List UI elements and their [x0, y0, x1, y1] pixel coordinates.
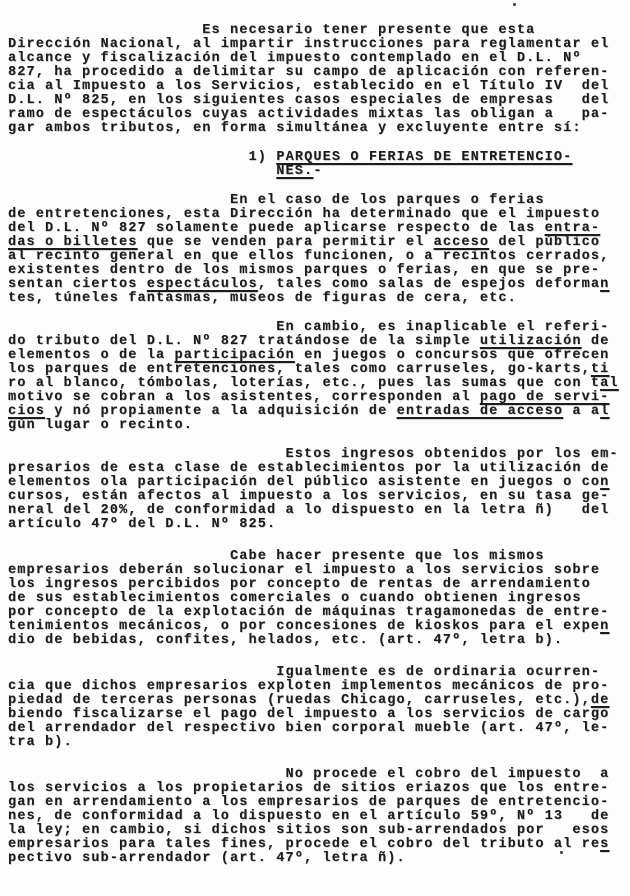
text-segment: ramo de espectáculos cuyas actividades m… — [8, 107, 609, 122]
text-line: tes, túneles fantasmas, museos de figura… — [8, 292, 630, 306]
text-line: tenimientos mecánicos, o por concesiones… — [8, 620, 630, 634]
text-line: ramo de espectáculos cuyas actividades m… — [8, 108, 630, 122]
underlined-text: entra- — [545, 221, 601, 236]
underlined-text: ti — [591, 362, 610, 377]
text-segment: gan en arrendamiento a los empresarios d… — [8, 795, 609, 810]
underlined-text: n — [600, 277, 609, 292]
text-segment: tenimientos mecánicos, o por concesiones… — [8, 619, 600, 634]
text-line: NES.- — [8, 165, 630, 179]
text-segment: empresarios deberán solucionar el impues… — [8, 563, 600, 578]
text-line: cios y nó propiamente a la adquisición d… — [8, 405, 630, 419]
text-segment: , tales como salas de espejos deforma — [258, 277, 600, 292]
text-segment: artículo 47º del D.L. Nº 825. — [8, 517, 276, 532]
text-segment: de entretenciones, esta Dirección ha det… — [8, 207, 600, 222]
text-segment: que se venden para permitir el — [138, 235, 434, 250]
text-segment: No procede el cobro del impuesto a — [286, 767, 610, 782]
text-line: 827, ha procedido a delimitar su campo d… — [8, 66, 630, 80]
text-segment: pectivo sub-arrendador (art. 47º, letra … — [8, 851, 406, 866]
text-line: cursos, están afectos al impuesto a los … — [8, 490, 630, 504]
text-segment: En cambio, es inaplicable el referi- — [276, 320, 609, 335]
text-line: existentes dentro de los mismos parques … — [8, 264, 630, 278]
text-line: elementos ola participación del público … — [8, 476, 630, 490]
text-segment: por concepto de la explotación de máquin… — [8, 605, 609, 620]
text-line: los ingresos percibidos por concepto de … — [8, 578, 630, 592]
text-segment: existentes dentro de los mismos parques … — [8, 263, 600, 278]
text-line: Dirección Nacional, al impartir instrucc… — [8, 38, 630, 52]
text-line: empresarios deberán solucionar el impues… — [8, 564, 630, 578]
text-line: piedad de terceras personas (ruedas Chic… — [8, 694, 630, 708]
text-segment: elementos ola participación del público … — [8, 475, 600, 490]
text-line: biendo fiscalizarse el pago del impuesto… — [8, 708, 630, 722]
underlined-text: entradas de acceso — [397, 404, 564, 419]
text-line: motivo se cobran a los asistentes, corre… — [8, 391, 630, 405]
underlined-text: n — [600, 475, 609, 490]
text-segment: los ingresos percibidos por concepto de … — [8, 577, 591, 592]
document-content: Es necesario tener presente que estaDire… — [8, 24, 630, 866]
text-line: al recinto general en que ellos funcione… — [8, 250, 630, 264]
text-segment: en juegos o concursos que ofrecen — [295, 348, 610, 363]
underlined-text: espectáculos — [147, 277, 258, 292]
section-heading-1: 1) PARQUES O FERIAS DE ENTRETENCIO- NES.… — [8, 151, 630, 179]
text-segment: gar ambos tributos, en forma simultánea … — [8, 121, 582, 136]
text-segment: presarios de esta clase de establecimien… — [8, 461, 609, 476]
text-segment: a a — [563, 404, 600, 419]
text-segment: cursos, están afectos al impuesto a los … — [8, 489, 609, 504]
text-segment: al recinto general en que ellos funcione… — [8, 249, 609, 264]
text-line: tra b). — [8, 736, 630, 750]
text-segment: del D.L. Nº 827 solamente puede aplicars… — [8, 221, 545, 236]
text-line: neral del 20%, de conformidad a lo dispu… — [8, 504, 630, 518]
text-segment: los servicios a los propietarios de siti… — [8, 781, 609, 796]
text-segment: Cabe hacer presente que los mismos — [230, 549, 545, 564]
text-segment: Dirección Nacional, al impartir instrucc… — [8, 37, 609, 52]
underlined-text: acceso — [434, 235, 490, 250]
text-segment: Estos ingresos obtenidos por los em- — [286, 447, 619, 462]
text-line: D.L. Nº 825, en los siguientes casos esp… — [8, 94, 630, 108]
text-segment: de sus establecimientos comerciales o cu… — [8, 591, 582, 606]
text-line: de entretenciones, esta Dirección ha det… — [8, 208, 630, 222]
text-segment: piedad de terceras personas (ruedas Chic… — [8, 693, 591, 708]
text-segment: empresarios para tales fines, procede el… — [8, 837, 600, 852]
text-line: elementos o de la participación en juego… — [8, 349, 630, 363]
text-line: cia al Impuesto a los Servicios, estable… — [8, 80, 630, 94]
text-line: Estos ingresos obtenidos por los em- — [8, 448, 630, 462]
text-segment: do tributo del D.L. Nº 827 tratándose de… — [8, 334, 480, 349]
text-line: de sus establecimientos comerciales o cu… — [8, 592, 630, 606]
text-segment: alcance y fiscalización del impuesto con… — [8, 51, 582, 66]
paragraph-7: No procede el cobro del impuesto alos se… — [8, 768, 630, 866]
text-segment: biendo fiscalizarse el pago del impuesto… — [8, 707, 609, 722]
paragraph-1: Es necesario tener presente que estaDire… — [8, 24, 630, 136]
text-segment: tes, túneles fantasmas, museos de figura… — [8, 291, 517, 306]
text-line: del D.L. Nº 827 solamente puede aplicars… — [8, 222, 630, 236]
text-line: En cambio, es inaplicable el referi- — [8, 321, 630, 335]
underlined-text: l — [600, 404, 609, 419]
text-line: sentan ciertos espectáculos, tales como … — [8, 278, 630, 292]
text-line: nes, de conformidad a lo dispuesto en el… — [8, 810, 630, 824]
paragraph-6: Igualmente es de ordinaria ocurren-cia q… — [8, 666, 630, 750]
text-segment: neral del 20%, de conformidad a lo dispu… — [8, 503, 609, 518]
text-segment: 827, ha procedido a delimitar su campo d… — [8, 65, 609, 80]
underlined-text: das o billetes — [8, 235, 138, 250]
text-segment: gún lugar o recinto. — [8, 418, 193, 433]
text-segment: tra b). — [8, 735, 73, 750]
text-segment: dio de bebidas, confites, helados, etc. … — [8, 633, 563, 648]
text-segment: nes, de conformidad a lo dispuesto en el… — [8, 809, 609, 824]
text-line: En el caso de los parques o ferias — [8, 194, 630, 208]
underlined-text: de — [591, 693, 610, 708]
text-line: gún lugar o recinto. — [8, 419, 630, 433]
text-line: alcance y fiscalización del impuesto con… — [8, 52, 630, 66]
text-segment: y nó propiamente a la adquisición de — [45, 404, 397, 419]
text-line: das o billetes que se venden para permit… — [8, 236, 630, 250]
text-line: Igualmente es de ordinaria ocurren- — [8, 666, 630, 680]
paragraph-2: En el caso de los parques o feriasde ent… — [8, 194, 630, 306]
underlined-text: participación — [175, 348, 295, 363]
text-segment: de — [582, 334, 610, 349]
text-segment: cia al Impuesto a los Servicios, estable… — [8, 79, 609, 94]
text-segment: Es necesario tener presente que esta — [202, 23, 535, 38]
text-segment: elementos o de la — [8, 348, 175, 363]
text-segment: ro al blanco, tómbolas, loterías, etc., … — [8, 376, 600, 391]
underlined-text: utilización — [480, 334, 582, 349]
text-line: Es necesario tener presente que esta — [8, 24, 630, 38]
text-segment: Igualmente es de ordinaria ocurren- — [276, 665, 600, 680]
text-line: ro al blanco, tómbolas, loterías, etc., … — [8, 377, 630, 391]
text-segment: los parques de entretenciones, tales com… — [8, 362, 591, 377]
text-segment: la ley; en cambio, si dichos sitios son … — [8, 823, 609, 838]
underlined-text: s — [600, 837, 609, 852]
scan-speck — [560, 851, 563, 854]
text-line: gar ambos tributos, en forma simultánea … — [8, 122, 630, 136]
text-line: los parques de entretenciones, tales com… — [8, 363, 630, 377]
text-segment: del público — [489, 235, 600, 250]
text-line: por concepto de la explotación de máquin… — [8, 606, 630, 620]
text-segment: En el caso de los parques o ferias — [230, 193, 545, 208]
underlined-text: pago de servi- — [480, 390, 610, 405]
text-line: presarios de esta clase de establecimien… — [8, 462, 630, 476]
paragraph-5: Cabe hacer presente que los mismosempres… — [8, 550, 630, 648]
text-line: gan en arrendamiento a los empresarios d… — [8, 796, 630, 810]
text-segment: 1) — [249, 150, 277, 165]
text-line: pectivo sub-arrendador (art. 47º, letra … — [8, 852, 630, 866]
scanned-document-page: Es necesario tener presente que estaDire… — [0, 0, 630, 896]
text-line: artículo 47º del D.L. Nº 825. — [8, 518, 630, 532]
text-line: 1) PARQUES O FERIAS DE ENTRETENCIO- — [8, 151, 630, 165]
text-line: del arrendador del respectivo bien corpo… — [8, 722, 630, 736]
paragraph-3: En cambio, es inaplicable el referi-do t… — [8, 321, 630, 433]
text-line: los servicios a los propietarios de siti… — [8, 782, 630, 796]
text-line: Cabe hacer presente que los mismos — [8, 550, 630, 564]
text-line: do tributo del D.L. Nº 827 tratándose de… — [8, 335, 630, 349]
underlined-text: n — [600, 619, 609, 634]
text-segment: cia que dichos empresarios exploten impl… — [8, 679, 609, 694]
text-line: la ley; en cambio, si dichos sitios son … — [8, 824, 630, 838]
text-line: cia que dichos empresarios exploten impl… — [8, 680, 630, 694]
scan-speck — [513, 3, 516, 6]
text-line: empresarios para tales fines, procede el… — [8, 838, 630, 852]
text-line: No procede el cobro del impuesto a — [8, 768, 630, 782]
text-segment: - — [313, 164, 322, 179]
text-segment: sentan ciertos — [8, 277, 147, 292]
underlined-text: cios — [8, 404, 45, 419]
underlined-text: al — [600, 376, 619, 391]
underlined-text: PARQUES O FERIAS DE ENTRETENCIO- — [276, 150, 572, 165]
text-segment: motivo se cobran a los asistentes, corre… — [8, 390, 480, 405]
paragraph-4: Estos ingresos obtenidos por los em-pres… — [8, 448, 630, 532]
text-line: dio de bebidas, confites, helados, etc. … — [8, 634, 630, 648]
text-segment: D.L. Nº 825, en los siguientes casos esp… — [8, 93, 609, 108]
underlined-text: NES. — [276, 164, 313, 179]
text-segment: del arrendador del respectivo bien corpo… — [8, 721, 609, 736]
